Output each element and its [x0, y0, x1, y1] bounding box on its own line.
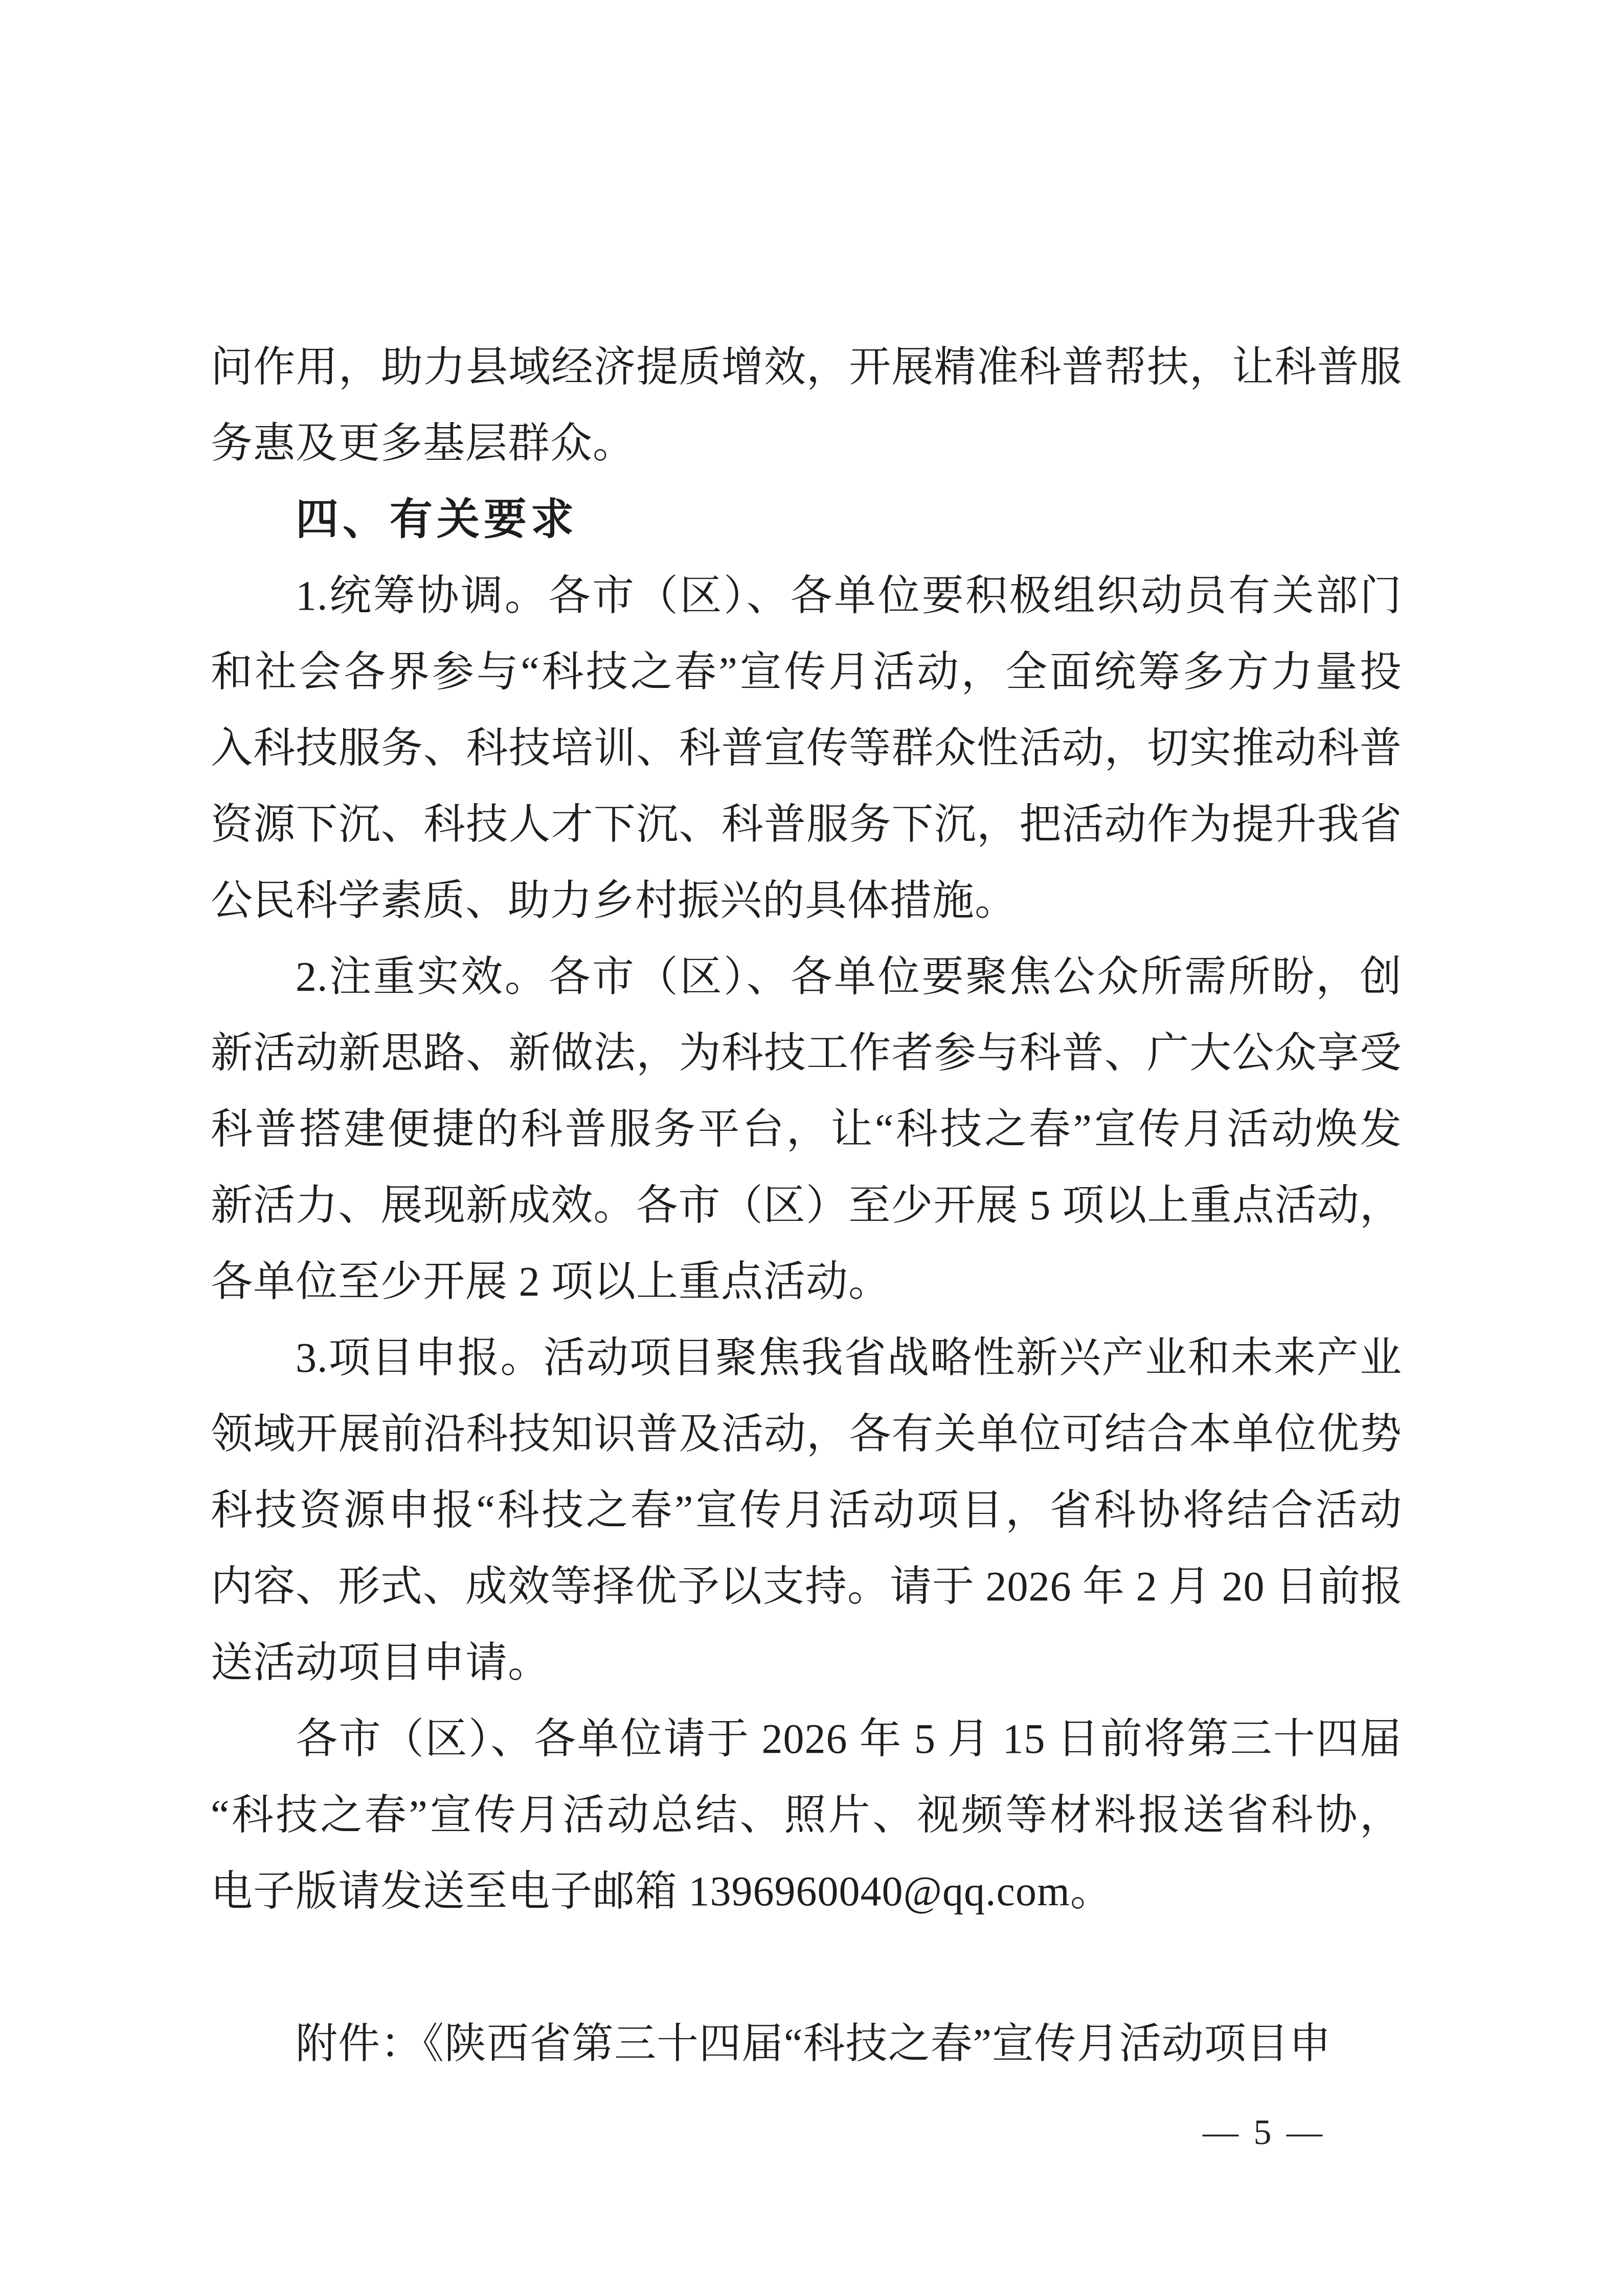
body-line: 科技资源申报“科技之春”宣传月活动项目，省科协将结合活动: [211, 1472, 1402, 1548]
body-line: “科技之春”宣传月活动总结、照片、视频等材料报送省科协，: [211, 1777, 1402, 1853]
body-line: 科普搭建便捷的科普服务平台，让“科技之春”宣传月活动焕发: [211, 1091, 1402, 1167]
body-line: 新活力、展现新成效。各市（区）至少开展 5 项以上重点活动，: [211, 1167, 1402, 1243]
blank-line: [211, 1929, 1402, 2005]
body-line: 入科技服务、科技培训、科普宣传等群众性活动，切实推动科普: [211, 710, 1402, 786]
body-line: 2.注重实效。各市（区）、各单位要聚焦公众所需所盼，创: [211, 939, 1402, 1015]
document-page: 问作用，助力县域经济提质增效，开展精准科普帮扶，让科普服 务惠及更多基层群众。 …: [0, 0, 1623, 2296]
document-text-block: 问作用，助力县域经济提质增效，开展精准科普帮扶，让科普服 务惠及更多基层群众。 …: [211, 329, 1402, 2082]
body-line: 问作用，助力县域经济提质增效，开展精准科普帮扶，让科普服: [211, 329, 1402, 405]
body-line: 资源下沉、科技人才下沉、科普服务下沉，把活动作为提升我省: [211, 786, 1402, 862]
body-line: 新活动新思路、新做法，为科技工作者参与科普、广大公众享受: [211, 1015, 1402, 1091]
body-line: 3.项目申报。活动项目聚焦我省战略性新兴产业和未来产业: [211, 1320, 1402, 1396]
body-line: 和社会各界参与“科技之春”宣传月活动，全面统筹多方力量投: [211, 634, 1402, 710]
body-line: 送活动项目申请。: [211, 1624, 1402, 1701]
body-line: 各单位至少开展 2 项以上重点活动。: [211, 1243, 1402, 1320]
section-heading: 四、有关要求: [211, 481, 1402, 558]
body-line: 务惠及更多基层群众。: [211, 405, 1402, 481]
body-line: 领域开展前沿科技知识普及活动，各有关单位可结合本单位优势: [211, 1396, 1402, 1472]
attachment-line: 附件：《陕西省第三十四届“科技之春”宣传月活动项目申: [211, 2005, 1402, 2082]
page-number: — 5 —: [1203, 2112, 1325, 2153]
body-line: 内容、形式、成效等择优予以支持。请于 2026 年 2 月 20 日前报: [211, 1548, 1402, 1624]
body-line: 各市（区）、各单位请于 2026 年 5 月 15 日前将第三十四届: [211, 1701, 1402, 1777]
body-line: 公民科学素质、助力乡村振兴的具体措施。: [211, 862, 1402, 939]
email-line: 电子版请发送至电子邮箱 1396960040@qq.com。: [211, 1853, 1402, 1929]
body-line: 1.统筹协调。各市（区）、各单位要积极组织动员有关部门: [211, 558, 1402, 634]
